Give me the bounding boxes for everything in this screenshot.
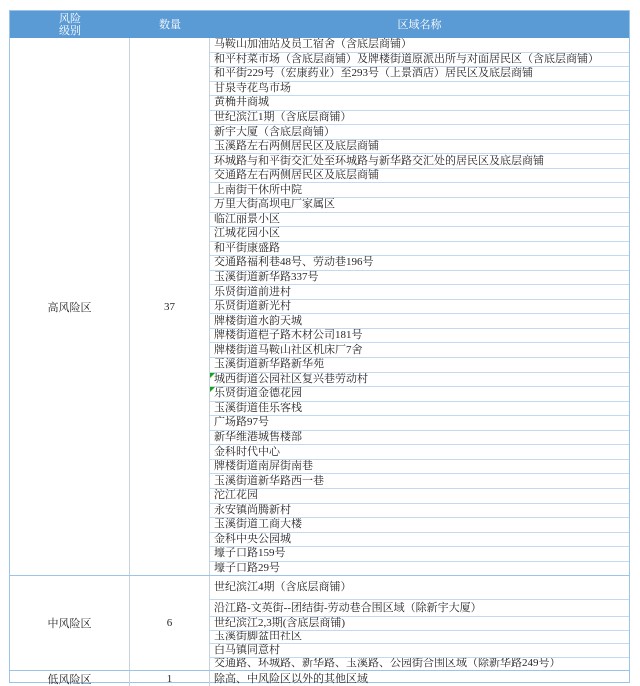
area-name: 白马镇同意村 bbox=[214, 645, 280, 656]
area-name: 玉溪街道工商大楼 bbox=[214, 519, 302, 530]
area-name: 交通路、环城路、新华路、玉溪路、公园街合围区域（除新华路249号） bbox=[214, 658, 561, 669]
area-name: 乐贤街道新光村 bbox=[214, 301, 291, 312]
area-name: 牌楼街道桤子路木材公司181号 bbox=[214, 330, 363, 341]
area-name: 城西街道公园社区复兴巷劳动村 bbox=[214, 374, 368, 385]
table-row: 玉溪路左右两侧居民区及底层商铺 bbox=[210, 140, 629, 155]
risk-level-cell: 低风险区 bbox=[10, 671, 130, 686]
table-row: 和平街229号（宏康药业）至293号（上景酒店）居民区及底层商铺 bbox=[210, 67, 629, 82]
table-row: 玉溪街道新华路337号 bbox=[210, 271, 629, 286]
area-name: 交通路左右两侧居民区及底层商铺 bbox=[214, 170, 379, 181]
table-row: 壕子口路159号 bbox=[210, 547, 629, 562]
area-name: 新宇大厦（含底层商铺） bbox=[214, 127, 335, 138]
header-risk-level-line2: 级别 bbox=[59, 25, 81, 37]
area-name: 甘泉寺花鸟市场 bbox=[214, 83, 291, 94]
table-row: 乐贤街道前进村 bbox=[210, 285, 629, 300]
header-count-label: 数量 bbox=[159, 19, 181, 31]
table-row: 沱江花园 bbox=[210, 489, 629, 504]
area-name: 环城路与和平街交汇处至环城路与新华路交汇处的居民区及底层商铺 bbox=[214, 156, 544, 167]
table-row: 玉溪街道工商大楼 bbox=[210, 518, 629, 533]
table-row: 马鞍山加油站及员工宿舍（含底层商铺） bbox=[210, 38, 629, 53]
header-cell-count: 数量 bbox=[130, 11, 210, 38]
table-row: 交通路福利巷48号、劳动巷196号 bbox=[210, 256, 629, 271]
area-name: 江城花园小区 bbox=[214, 228, 280, 239]
section-medium-risk: 中风险区 6 世纪滨江4期（含底层商铺）沿江路-文英街--团结街-劳动巷合围区域… bbox=[10, 575, 629, 670]
table-row: 玉溪街道新华路新华苑 bbox=[210, 358, 629, 373]
area-name: 玉溪街道新华路新华苑 bbox=[214, 359, 324, 370]
table-row: 世纪滨江1期（含底层商铺） bbox=[210, 111, 629, 126]
table-row: 白马镇同意村 bbox=[210, 644, 629, 657]
count-cell: 37 bbox=[130, 38, 210, 575]
area-list: 除高、中风险区以外的其他区域 bbox=[210, 671, 629, 686]
area-name: 除高、中风险区以外的其他区域 bbox=[214, 674, 368, 685]
risk-level-cell: 中风险区 bbox=[10, 576, 130, 670]
table-row: 永安镇尚腾新村 bbox=[210, 504, 629, 519]
table-row: 城西街道公园社区复兴巷劳动村 bbox=[210, 373, 629, 388]
table-row: 玉溪街脚盆田社区 bbox=[210, 631, 629, 644]
count-cell: 1 bbox=[130, 671, 210, 686]
area-name: 临江丽景小区 bbox=[214, 214, 280, 225]
table-row: 江城花园小区 bbox=[210, 227, 629, 242]
area-name: 壕子口路29号 bbox=[214, 563, 280, 574]
area-name: 世纪滨江4期（含底层商铺） bbox=[214, 582, 352, 593]
area-name: 牌楼街道水韵天城 bbox=[214, 316, 302, 327]
header-cell-risk-level: 风险 级别 bbox=[10, 11, 130, 38]
area-name: 玉溪街道佳乐客栈 bbox=[214, 403, 302, 414]
table-row: 壕子口路29号 bbox=[210, 562, 629, 576]
area-name: 玉溪街脚盆田社区 bbox=[214, 631, 302, 642]
area-name: 牌楼街道马鞍山社区机床厂7舍 bbox=[214, 345, 363, 356]
table-row: 玉溪街道佳乐客栈 bbox=[210, 402, 629, 417]
risk-level-cell: 高风险区 bbox=[10, 38, 130, 575]
area-name: 玉溪街道新华路西一巷 bbox=[214, 476, 324, 487]
area-name: 沿江路-文英街--团结街-劳动巷合围区域（除新宇大厦） bbox=[214, 603, 482, 614]
table-row: 交通路左右两侧居民区及底层商铺 bbox=[210, 169, 629, 184]
table-row: 世纪滨江2,3期(含底层商铺) bbox=[210, 617, 629, 630]
table-row: 临江丽景小区 bbox=[210, 213, 629, 228]
table-row: 和平街康盛路 bbox=[210, 242, 629, 257]
table-row: 牌楼街道水韵天城 bbox=[210, 314, 629, 329]
table-row: 上南街干休所中院 bbox=[210, 183, 629, 198]
area-name: 壕子口路159号 bbox=[214, 548, 286, 559]
table-row: 世纪滨江4期（含底层商铺） bbox=[210, 576, 629, 600]
area-list: 马鞍山加油站及员工宿舍（含底层商铺）和平村菜市场（含底层商铺）及牌楼街道原派出所… bbox=[210, 38, 629, 575]
table-row: 广场路97号 bbox=[210, 416, 629, 431]
table-row: 新宇大厦（含底层商铺） bbox=[210, 125, 629, 140]
area-name: 玉溪路左右两侧居民区及底层商铺 bbox=[214, 141, 379, 152]
area-name: 金科时代中心 bbox=[214, 447, 280, 458]
area-name: 和平街康盛路 bbox=[214, 243, 280, 254]
area-name: 永安镇尚腾新村 bbox=[214, 505, 291, 516]
area-name: 世纪滨江2,3期(含底层商铺) bbox=[214, 618, 345, 629]
area-name: 金科中央公园城 bbox=[214, 534, 291, 545]
table-row: 玉溪街道新华路西一巷 bbox=[210, 474, 629, 489]
table-row: 金科时代中心 bbox=[210, 445, 629, 460]
section-low-risk: 低风险区 1 除高、中风险区以外的其他区域 bbox=[10, 670, 629, 686]
area-name: 新华维港城售楼部 bbox=[214, 432, 302, 443]
table-row: 环城路与和平街交汇处至环城路与新华路交汇处的居民区及底层商铺 bbox=[210, 154, 629, 169]
table-row: 和平村菜市场（含底层商铺）及牌楼街道原派出所与对面居民区（含底层商铺） bbox=[210, 53, 629, 68]
area-name: 沱江花园 bbox=[214, 490, 258, 501]
cell-error-flag-icon bbox=[210, 373, 215, 378]
section-high-risk: 高风险区 37 马鞍山加油站及员工宿舍（含底层商铺）和平村菜市场（含底层商铺）及… bbox=[10, 38, 629, 575]
area-name: 乐贤街道前进村 bbox=[214, 287, 291, 298]
table-row: 金科中央公园城 bbox=[210, 533, 629, 548]
table-body: 高风险区 37 马鞍山加油站及员工宿舍（含底层商铺）和平村菜市场（含底层商铺）及… bbox=[10, 38, 629, 686]
header-area-label: 区域名称 bbox=[398, 19, 442, 31]
header-risk-level-line1: 风险 bbox=[59, 13, 81, 25]
area-name: 世纪滨江1期（含底层商铺） bbox=[214, 112, 352, 123]
area-name: 玉溪街道新华路337号 bbox=[214, 272, 319, 283]
area-name: 交通路福利巷48号、劳动巷196号 bbox=[214, 257, 374, 268]
table-row: 沿江路-文英街--团结街-劳动巷合围区域（除新宇大厦） bbox=[210, 600, 629, 617]
table-row: 黄桷井商城 bbox=[210, 96, 629, 111]
area-name: 万里大街高坝电厂家属区 bbox=[214, 199, 335, 210]
area-name: 乐贤街道金德花园 bbox=[214, 388, 302, 399]
count-cell: 6 bbox=[130, 576, 210, 670]
area-name: 黄桷井商城 bbox=[214, 97, 269, 108]
table-row: 乐贤街道新光村 bbox=[210, 300, 629, 315]
table-row: 交通路、环城路、新华路、玉溪路、公园街合围区域（除新华路249号） bbox=[210, 658, 629, 670]
area-name: 马鞍山加油站及员工宿舍（含底层商铺） bbox=[214, 39, 412, 50]
header-cell-area-name: 区域名称 bbox=[210, 11, 629, 38]
cell-error-flag-icon bbox=[210, 387, 215, 392]
table-row: 牌楼街道桤子路木材公司181号 bbox=[210, 329, 629, 344]
table-header-row: 风险 级别 数量 区域名称 bbox=[10, 11, 629, 38]
area-list: 世纪滨江4期（含底层商铺）沿江路-文英街--团结街-劳动巷合围区域（除新宇大厦）… bbox=[210, 576, 629, 670]
risk-area-table: 风险 级别 数量 区域名称 高风险区 37 马鞍山加油站及员工宿舍（含底层商铺）… bbox=[9, 10, 630, 683]
table-row: 牌楼街道南屏街南巷 bbox=[210, 460, 629, 475]
area-name: 牌楼街道南屏街南巷 bbox=[214, 461, 313, 472]
table-row: 甘泉寺花鸟市场 bbox=[210, 82, 629, 97]
area-name: 和平街229号（宏康药业）至293号（上景酒店）居民区及底层商铺 bbox=[214, 68, 533, 79]
table-row: 乐贤街道金德花园 bbox=[210, 387, 629, 402]
area-name: 广场路97号 bbox=[214, 417, 269, 428]
table-row: 新华维港城售楼部 bbox=[210, 431, 629, 446]
area-name: 上南街干休所中院 bbox=[214, 185, 302, 196]
table-row: 牌楼街道马鞍山社区机床厂7舍 bbox=[210, 343, 629, 358]
table-row: 除高、中风险区以外的其他区域 bbox=[210, 671, 629, 686]
table-row: 万里大街高坝电厂家属区 bbox=[210, 198, 629, 213]
area-name: 和平村菜市场（含底层商铺）及牌楼街道原派出所与对面居民区（含底层商铺） bbox=[214, 54, 599, 65]
